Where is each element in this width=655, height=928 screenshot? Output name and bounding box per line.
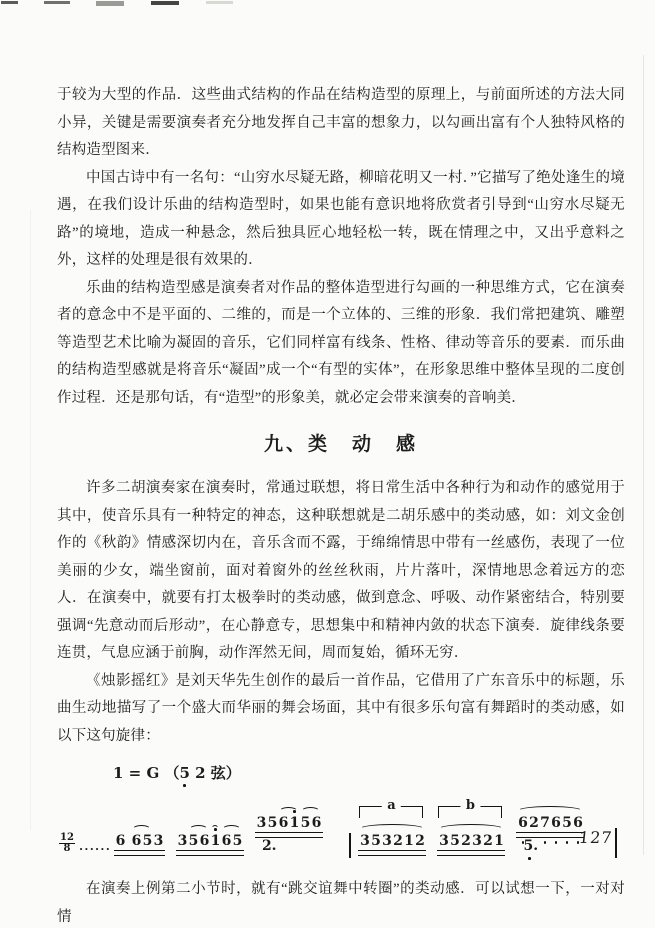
slur-arc [438,824,504,834]
note-digit: 5 [142,833,153,850]
note-digit: 5 [300,815,311,832]
note-digit: 5 [561,815,572,832]
phrase-label: b [461,798,480,813]
octave-dot-low [528,857,531,860]
note-digit: 2 [482,833,493,850]
note-digits: 352321b [438,833,504,850]
note-digit: 3 [359,833,370,850]
note-group: 356165 [177,805,243,870]
key-prefix: 1 = G （ [113,764,179,782]
note-digit: 2 [528,815,539,832]
suffix-note: 5. [523,838,538,854]
music-notation: 1 = G （5 2 弦） 12 8 ······ 66533561653561… [57,762,625,870]
slur-arc [517,806,583,816]
note-group: 6653 [115,805,164,870]
note-digit: 5 [370,833,381,850]
time-signature: 12 8 [59,833,75,854]
note-group: 353212a [359,805,425,870]
note-digit: 3 [177,833,188,850]
time-signature-denominator: 8 [59,844,75,855]
bar-line [349,833,351,858]
beam-lines [437,850,505,856]
note-digit: 2 [392,833,403,850]
suffix-note: 2. [262,838,277,854]
note-digit: 7 [539,815,550,832]
page-body: 于较为大型的作品．这些曲式结构的作品在结构造型的原理上，与前面所述的方法大同小异… [0,0,655,928]
paragraph-structure-sense: 乐曲的结构造型感是演奏者对作品的整体造型进行勾画的一种思维方式，它在演奏者的意念… [57,275,625,413]
beam-lines [176,850,244,856]
note-digit: 6 [115,833,126,850]
note-digits: 353212a [359,833,425,850]
paragraph-zhuyingyaohong: 《烛影摇红》是刘天华先生创作的最后一首作品，它借用了广东音乐中的标题，乐曲生动地… [57,668,625,751]
note-group: 3561562. [256,787,335,870]
note-digit: 2 [414,833,425,850]
note-digit: 1 [210,833,221,850]
note-digits: 356156 [256,815,322,832]
note-digit: 1 [403,833,414,850]
note-digit: 6 [517,815,528,832]
note-digit: 1 [289,815,300,832]
key-suffix: 2 弦） [190,764,241,782]
continuation-dots: ······ [79,841,111,857]
octave-dot-low [183,784,186,787]
paragraph-motion-sense: 许多二胡演奏家在演奏时，常通过联想，将日常生活中各种行为和动作的感觉用于其中，使… [57,475,625,668]
note-digit: 6 [199,833,210,850]
page-number: 127 [578,828,614,847]
scan-artifact-dash [206,1,233,4]
note-digit: 3 [438,833,449,850]
notation-groups-row: 12 8 ······ 66533561653561562.353212a352… [59,787,625,870]
paragraph-structure-continued: 于较为大型的作品．这些曲式结构的作品在结构造型的原理上，与前面所述的方法大同小异… [57,82,625,165]
note-digit: 6 [550,815,561,832]
octave-dot-low [566,841,569,844]
section-heading: 九、类 动 感 [57,429,625,456]
note-digit: 5 [449,833,460,850]
note-digit: 5 [267,815,278,832]
slur-arc [359,824,425,834]
scan-artifact-dash [96,1,124,6]
note-digit: 2 [460,833,471,850]
note-digit: 3 [381,833,392,850]
paragraph-closing: 在演奏上例第二小节时，就有“跳交谊舞中转圈”的类动感．可以试想一下，一对对情 [57,876,625,928]
octave-dot-low [555,841,558,844]
beam-lines [358,850,426,856]
scan-artifact-edge [30,210,31,830]
scan-artifact-dash [44,1,70,4]
note-digit: 6 [221,833,232,850]
octave-dot-low [544,841,547,844]
bar-line [615,828,617,858]
note-digits: 356165 [177,833,243,850]
note-group: 352321b [438,805,504,870]
beam-lines [114,850,165,856]
note-digit: 3 [153,833,164,850]
note-digit: 3 [256,815,267,832]
phrase-bracket: b [438,806,502,818]
note-digit: 5 [232,833,243,850]
note-digits: 627656 [517,815,583,832]
note-digit: 6 [311,815,322,832]
scan-artifact-edge [643,55,645,855]
scan-artifact-dash [1,1,18,4]
note-digit: 6 [131,833,142,850]
phrase-label: a [382,798,400,813]
note-digit: 6 [278,815,289,832]
paragraph-ancient-poem: 中国古诗中有一名句：“山穷水尽疑无路，柳暗花明又一村．”它描写了绝处逢生的境遇，… [57,165,625,275]
key-signature: 1 = G （5 2 弦） [113,762,625,783]
note-digit: 3 [471,833,482,850]
note-digits: 6653 [115,833,164,850]
note-digit: 1 [493,833,504,850]
scan-artifact-dash [151,1,179,5]
phrase-bracket: a [359,806,423,818]
key-string-note: 5 [179,764,189,782]
note-digit: 5 [188,833,199,850]
